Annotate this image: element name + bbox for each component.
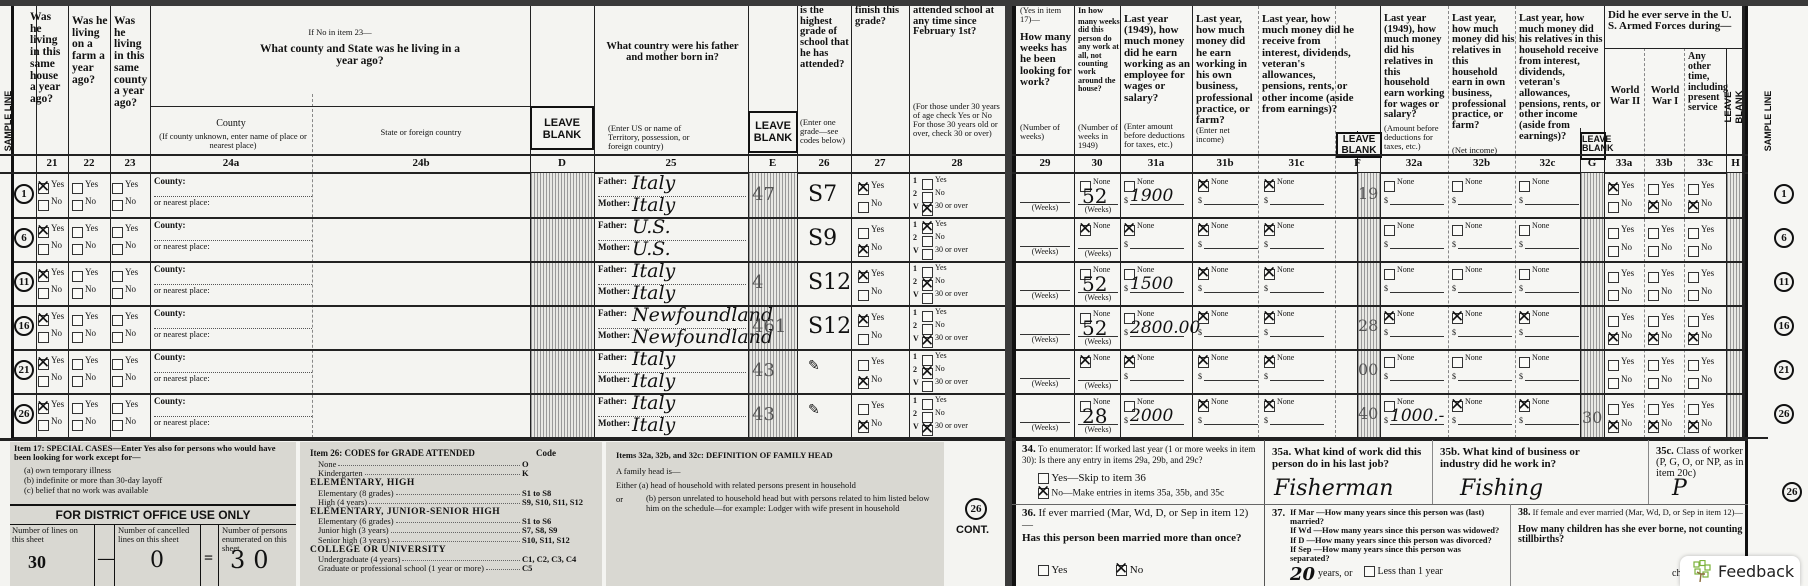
c32a-none-checkbox[interactable] (1384, 225, 1395, 236)
c33c-no-label: No (1701, 242, 1712, 252)
c32b-none-option[interactable]: None (1452, 221, 1482, 239)
c33a-no-option[interactable]: No (1608, 330, 1632, 348)
c21-yes-label: Yes (51, 223, 64, 233)
c30-none-checkbox[interactable] (1080, 225, 1091, 236)
c31b-none-option[interactable]: None (1198, 309, 1228, 327)
c22-no-option[interactable]: No (72, 372, 96, 390)
c23-yes-option[interactable]: Yes (112, 267, 138, 285)
c23-no-option[interactable]: No (112, 372, 136, 390)
c21-no-option[interactable]: No (38, 284, 62, 302)
c31a-none-checkbox[interactable] (1124, 357, 1135, 368)
c21-yes-checkbox[interactable] (38, 359, 49, 370)
c32b-none-option[interactable]: None (1452, 309, 1482, 327)
state-or-country-field[interactable] (314, 396, 528, 436)
c33a-yes-checkbox[interactable] (1608, 184, 1619, 195)
c22-no-checkbox[interactable] (72, 288, 83, 299)
c31c-none-option[interactable]: None (1264, 353, 1294, 371)
c33c-yes-checkbox[interactable] (1688, 184, 1699, 195)
family-head-b: (b) person unrelated to household head b… (646, 494, 938, 514)
c28-yes-label: Yes (935, 175, 947, 184)
c23-yes-checkbox[interactable] (112, 227, 123, 238)
c32a-none-option[interactable]: None (1384, 265, 1414, 283)
q34-yes-option[interactable]: Yes—Skip to item 36 (1038, 472, 1146, 484)
c33c-yes-option[interactable]: Yes (1688, 224, 1714, 242)
c33c-no-checkbox[interactable] (1688, 378, 1699, 389)
grade-code-entry: KindergartenK (310, 469, 600, 478)
leader-dots (402, 555, 520, 561)
c31b-none-checkbox[interactable] (1198, 401, 1209, 412)
c21-no-checkbox[interactable] (38, 332, 49, 343)
c32c-none-option[interactable]: None (1519, 265, 1549, 283)
c21-no-checkbox[interactable] (38, 200, 49, 211)
c23-no-option[interactable]: No (112, 284, 136, 302)
c27-yes-option[interactable]: Yes (858, 312, 884, 330)
c21-no-option[interactable]: No (38, 416, 62, 434)
c33c-yes-checkbox[interactable] (1688, 360, 1699, 371)
c32c-none-checkbox[interactable] (1519, 269, 1530, 280)
c27-no-option[interactable]: No (858, 330, 882, 348)
state-or-country-field[interactable] (314, 308, 528, 348)
c27-no-checkbox[interactable] (858, 246, 869, 257)
special-case-item: (c) belief that no work was available (24, 486, 162, 496)
c22-yes-checkbox[interactable] (72, 359, 83, 370)
c31b-none-option[interactable]: None (1198, 353, 1228, 371)
c32b-none-checkbox[interactable] (1452, 269, 1463, 280)
c33c-no-option[interactable]: No (1688, 330, 1712, 348)
c32b-none-option[interactable]: None (1452, 353, 1482, 371)
c33b-no-option[interactable]: No (1648, 242, 1672, 260)
c33a-yes-checkbox[interactable] (1608, 316, 1619, 327)
c32b-none-option[interactable]: None (1452, 265, 1482, 283)
c31b-none-checkbox[interactable] (1198, 181, 1209, 192)
c23-yes-checkbox[interactable] (112, 271, 123, 282)
c21-no-option[interactable]: No (38, 196, 62, 214)
c21-yes-checkbox[interactable] (38, 403, 49, 414)
c27-no-option[interactable]: No (858, 418, 882, 436)
c33a-no-checkbox[interactable] (1608, 334, 1619, 345)
c22-no-checkbox[interactable] (72, 200, 83, 211)
c32a-none-checkbox[interactable] (1384, 181, 1395, 192)
c23-no-checkbox[interactable] (112, 200, 123, 211)
q34-no-option[interactable]: No—Make entries in items 35a, 35b, and 3… (1038, 488, 1224, 499)
c21-yes-label: Yes (51, 355, 64, 365)
c23-no-option[interactable]: No (112, 328, 136, 346)
c31c-none-checkbox[interactable] (1264, 181, 1275, 192)
c33b-yes-checkbox[interactable] (1648, 404, 1659, 415)
c31c-none-option[interactable]: None (1264, 397, 1294, 415)
state-or-country-field[interactable] (314, 264, 528, 304)
c31a-none-option[interactable]: None (1124, 353, 1154, 371)
c22-no-option[interactable]: No (72, 196, 96, 214)
c33a-no-checkbox[interactable] (1608, 246, 1619, 257)
c31a-none-checkbox[interactable] (1124, 225, 1135, 236)
c31b-none-checkbox[interactable] (1198, 313, 1209, 324)
c22-yes-checkbox[interactable] (72, 315, 83, 326)
c33c-no-option[interactable]: No (1688, 242, 1712, 260)
c33a-yes-checkbox[interactable] (1608, 272, 1619, 283)
c21-no-option[interactable]: No (38, 372, 62, 390)
c33a-yes-option[interactable]: Yes (1608, 180, 1634, 198)
c28-option-code: V (913, 334, 919, 343)
c31c-none-checkbox[interactable] (1264, 225, 1275, 236)
c33a-no-option[interactable]: No (1608, 286, 1632, 304)
c32a-none-option[interactable]: None (1384, 221, 1414, 239)
c22-yes-checkbox[interactable] (72, 403, 83, 414)
c21-no-label: No (51, 372, 62, 382)
c22-yes-checkbox[interactable] (72, 227, 83, 238)
c22-no-checkbox[interactable] (72, 376, 83, 387)
c22-no-checkbox[interactable] (72, 332, 83, 343)
c22-no-option[interactable]: No (72, 328, 96, 346)
c23-no-checkbox[interactable] (112, 288, 123, 299)
c33b-no-option[interactable]: No (1648, 418, 1672, 436)
c22-no-option[interactable]: No (72, 240, 96, 258)
c21-yes-checkbox[interactable] (38, 227, 49, 238)
c32b-none-label: None (1465, 265, 1482, 274)
c28-30-or-over-checkbox[interactable] (922, 337, 933, 348)
c32a-amount: 1000.- (1390, 406, 1444, 426)
q35c-number: 35c. (1656, 446, 1674, 457)
c23-no-checkbox[interactable] (112, 332, 123, 343)
c23-yes-checkbox[interactable] (112, 315, 123, 326)
c33b-no-option[interactable]: No (1648, 330, 1672, 348)
c32b-none-option[interactable]: None (1452, 397, 1482, 415)
c33a-yes-checkbox[interactable] (1608, 404, 1619, 415)
c33b-yes-checkbox[interactable] (1648, 184, 1659, 195)
q37-years-suffix: years, or (1318, 568, 1352, 579)
c23-yes-option[interactable]: Yes (112, 223, 138, 241)
c22-yes-checkbox[interactable] (72, 183, 83, 194)
c29-weeks-label: (Weeks) (1020, 202, 1070, 212)
c33b-yes-option[interactable]: Yes (1648, 356, 1674, 374)
c33c-no-option[interactable]: No (1688, 286, 1712, 304)
c33a-no-checkbox[interactable] (1608, 378, 1619, 389)
c32a-none-option[interactable]: None (1384, 177, 1414, 195)
c27-yes-checkbox[interactable] (858, 404, 869, 415)
mother-label: Mother: (598, 330, 630, 340)
c28-option-code: 1 (913, 352, 917, 361)
c33b-no-option[interactable]: No (1648, 374, 1672, 392)
c31b-none-option[interactable]: None (1198, 265, 1228, 283)
c31a-none-option[interactable]: None (1124, 221, 1154, 239)
c32c-none-option[interactable]: None (1519, 309, 1549, 327)
nearest-place-label: or nearest place: (154, 242, 214, 251)
c22-yes-option[interactable]: Yes (72, 223, 98, 241)
c31c-none-option[interactable]: None (1264, 177, 1294, 195)
q36-no-checkbox[interactable] (1116, 565, 1127, 576)
c21-no-option[interactable]: No (38, 240, 62, 258)
q36-no-option[interactable]: No (1116, 564, 1143, 576)
c31c-none-option[interactable]: None (1264, 309, 1294, 327)
c33a-no-checkbox[interactable] (1608, 202, 1619, 213)
state-or-country-field[interactable] (314, 176, 528, 216)
c31b-none-label: None (1211, 177, 1228, 186)
c33c-no-checkbox[interactable] (1688, 334, 1699, 345)
c33a-no-option[interactable]: No (1608, 242, 1632, 260)
c32c-none-checkbox[interactable] (1519, 357, 1530, 368)
c21-no-checkbox[interactable] (38, 288, 49, 299)
c31b-none-option[interactable]: None (1198, 221, 1228, 239)
c33c-yes-checkbox[interactable] (1688, 404, 1699, 415)
c33b-yes-option[interactable]: Yes (1648, 224, 1674, 242)
c33a-no-label: No (1621, 418, 1632, 428)
c33b-no-checkbox[interactable] (1648, 378, 1659, 389)
c33c-no-checkbox[interactable] (1688, 422, 1699, 433)
c33b-no-checkbox[interactable] (1648, 246, 1659, 257)
c33c-no-checkbox[interactable] (1688, 246, 1699, 257)
c28-30-or-over-checkbox[interactable] (922, 205, 933, 216)
c27-no-checkbox[interactable] (858, 422, 869, 433)
c23-yes-checkbox[interactable] (112, 183, 123, 194)
c33a-yes-checkbox[interactable] (1608, 360, 1619, 371)
c27-yes-label: Yes (871, 224, 884, 234)
header-c27: finish this grade? (855, 6, 905, 27)
c22-yes-option[interactable]: Yes (72, 399, 98, 417)
c21-no-checkbox[interactable] (38, 420, 49, 431)
c23-yes-option[interactable]: Yes (112, 179, 138, 197)
q35b-number: 35b. (1440, 446, 1460, 458)
c33c-no-option[interactable]: No (1688, 418, 1712, 436)
c27-no-option[interactable]: No (858, 198, 882, 216)
c33c-no-option[interactable]: No (1688, 374, 1712, 392)
c21-yes-option[interactable]: Yes (38, 355, 64, 373)
c32a-none-option[interactable]: None (1384, 353, 1414, 371)
c32b-none-checkbox[interactable] (1452, 313, 1463, 324)
c32a-none-option[interactable]: None (1384, 309, 1414, 327)
c33c-no-checkbox[interactable] (1688, 290, 1699, 301)
c32c-none-checkbox[interactable] (1519, 225, 1530, 236)
c32a-none-checkbox[interactable] (1384, 357, 1395, 368)
c32c-none-option[interactable]: None (1519, 397, 1549, 415)
c27-yes-checkbox[interactable] (858, 360, 869, 371)
c27-yes-checkbox[interactable] (858, 272, 869, 283)
c27-yes-option[interactable]: Yes (858, 180, 884, 198)
family-head-title: Items 32a, 32b, and 32c: DEFINITION OF F… (616, 450, 833, 460)
c31c-dollar-sign: $ (1264, 328, 1268, 337)
c28-30-or-over-checkbox[interactable] (922, 381, 933, 392)
c28-30-or-over-checkbox[interactable] (922, 293, 933, 304)
c33b-no-checkbox[interactable] (1648, 290, 1659, 301)
c33c-yes-checkbox[interactable] (1688, 272, 1699, 283)
leader-dots (396, 489, 520, 495)
c27-no-checkbox[interactable] (858, 378, 869, 389)
c31c-amount-line (1270, 204, 1324, 205)
c31c-none-option[interactable]: None (1264, 265, 1294, 283)
c33b-no-checkbox[interactable] (1648, 334, 1659, 345)
c33b-no-option[interactable]: No (1648, 286, 1672, 304)
c33c-yes-option[interactable]: Yes (1688, 268, 1714, 286)
c33c-yes-option[interactable]: Yes (1688, 356, 1714, 374)
c21-no-option[interactable]: No (38, 328, 62, 346)
line-number: 21 (14, 360, 34, 380)
q37-less-checkbox[interactable] (1364, 566, 1375, 577)
feedback-button[interactable]: Feedback (1680, 556, 1800, 586)
county-label: County: (154, 308, 186, 318)
c23-no-checkbox[interactable] (112, 420, 123, 431)
c33a-no-option[interactable]: No (1608, 374, 1632, 392)
c21-yes-checkbox[interactable] (38, 183, 49, 194)
c33c-no-option[interactable]: No (1688, 198, 1712, 216)
c33a-yes-option[interactable]: Yes (1608, 224, 1634, 242)
q36-yes-option[interactable]: Yes (1038, 564, 1067, 576)
c21-no-checkbox[interactable] (38, 376, 49, 387)
c31c-none-checkbox[interactable] (1264, 401, 1275, 412)
c27-yes-checkbox[interactable] (858, 228, 869, 239)
c21-yes-checkbox[interactable] (38, 315, 49, 326)
c33b-no-checkbox[interactable] (1648, 422, 1659, 433)
c21-yes-option[interactable]: Yes (38, 311, 64, 329)
c33b-yes-checkbox[interactable] (1648, 316, 1659, 327)
c22-no-checkbox[interactable] (72, 244, 83, 255)
c32b-none-option[interactable]: None (1452, 177, 1482, 195)
table-row: (Weeks)None52(Weeks)None$1900None$None$N… (1012, 174, 1808, 218)
c30-none-option[interactable]: None (1080, 353, 1110, 371)
q34-yes-label: Yes—Skip to item 36 (1051, 472, 1146, 484)
c33a-no-option[interactable]: No (1608, 418, 1632, 436)
q34-no-checkbox[interactable] (1038, 488, 1049, 499)
column-number-33c: 33c (1684, 157, 1726, 169)
c32a-dollar-sign: $ (1384, 328, 1388, 337)
c33b-yes-checkbox[interactable] (1648, 360, 1659, 371)
c21-yes-option[interactable]: Yes (38, 267, 64, 285)
census-page-right: (Yes in item 17)— How many weeks has he … (1012, 6, 1808, 586)
c23-no-option[interactable]: No (112, 416, 136, 434)
q37-less-option[interactable]: Less than 1 year (1364, 566, 1443, 577)
c33a-yes-option[interactable]: Yes (1608, 268, 1634, 286)
c22-no-checkbox[interactable] (72, 420, 83, 431)
c27-no-checkbox[interactable] (858, 334, 869, 345)
c33b-yes-checkbox[interactable] (1648, 272, 1659, 283)
c27-no-option[interactable]: No (858, 374, 882, 392)
c21-no-checkbox[interactable] (38, 244, 49, 255)
c28-30-or-over-checkbox[interactable] (922, 249, 933, 260)
c22-no-option[interactable]: No (72, 416, 96, 434)
c22-yes-label: Yes (85, 355, 98, 365)
c23-yes-option[interactable]: Yes (112, 399, 138, 417)
mother-birthplace: U.S. (632, 238, 671, 260)
c31b-none-option[interactable]: None (1198, 397, 1228, 415)
c21-yes-option[interactable]: Yes (38, 223, 64, 241)
c32a-none-checkbox[interactable] (1384, 269, 1395, 280)
c33a-no-checkbox[interactable] (1608, 422, 1619, 433)
c31c-none-option[interactable]: None (1264, 221, 1294, 239)
c33a-no-checkbox[interactable] (1608, 290, 1619, 301)
state-or-country-field[interactable] (314, 352, 528, 392)
c27-yes-option[interactable]: Yes (858, 268, 884, 286)
c21-yes-option[interactable]: Yes (38, 399, 64, 417)
c32c-none-checkbox[interactable] (1519, 181, 1530, 192)
c21-no-label: No (51, 328, 62, 338)
c33b-yes-label: Yes (1661, 268, 1674, 278)
line-number: 16 (14, 316, 34, 336)
c31c-none-checkbox[interactable] (1264, 313, 1275, 324)
c27-no-option[interactable]: No (858, 242, 882, 260)
c22-yes-checkbox[interactable] (72, 271, 83, 282)
c30-none-checkbox[interactable] (1080, 357, 1091, 368)
q35c-answer: P (1672, 476, 1687, 501)
c31c-amount-line (1270, 380, 1324, 381)
c23-no-option[interactable]: No (112, 240, 136, 258)
c23-no-checkbox[interactable] (112, 376, 123, 387)
c22-yes-option[interactable]: Yes (72, 355, 98, 373)
c31b-none-checkbox[interactable] (1198, 269, 1209, 280)
c32b-none-checkbox[interactable] (1452, 401, 1463, 412)
c22-yes-option[interactable]: Yes (72, 311, 98, 329)
c27-no-checkbox[interactable] (858, 290, 869, 301)
county-label: County: (154, 176, 186, 186)
c23-no-label: No (125, 372, 136, 382)
c23-yes-checkbox[interactable] (112, 359, 123, 370)
c32b-none-checkbox[interactable] (1452, 225, 1463, 236)
c32a-none-label: None (1397, 265, 1414, 274)
c32c-none-option[interactable]: None (1519, 353, 1549, 371)
c27-no-checkbox[interactable] (858, 202, 869, 213)
c27-yes-checkbox[interactable] (858, 316, 869, 327)
c32b-none-checkbox[interactable] (1452, 357, 1463, 368)
c33a-no-option[interactable]: No (1608, 198, 1632, 216)
c31c-none-checkbox[interactable] (1264, 357, 1275, 368)
c22-no-option[interactable]: No (72, 284, 96, 302)
c33b-no-option[interactable]: No (1648, 198, 1672, 216)
c28-option-code: 1 (913, 176, 917, 185)
header-c24a: County (150, 118, 312, 129)
c23-no-checkbox[interactable] (112, 244, 123, 255)
c33b-no-checkbox[interactable] (1648, 202, 1659, 213)
c33b-yes-option[interactable]: Yes (1648, 268, 1674, 286)
c23-no-option[interactable]: No (112, 196, 136, 214)
c32b-none-checkbox[interactable] (1452, 181, 1463, 192)
header-c28: attended school at any time since Februa… (913, 6, 1005, 38)
c28-30-or-over-checkbox[interactable] (922, 425, 933, 436)
c32c-none-checkbox[interactable] (1519, 401, 1530, 412)
c23-yes-checkbox[interactable] (112, 403, 123, 414)
c32c-none-checkbox[interactable] (1519, 313, 1530, 324)
c23-yes-label: Yes (125, 223, 138, 233)
c32c-none-option[interactable]: None (1519, 177, 1549, 195)
c28-no-label: No (935, 364, 945, 373)
c33a-yes-checkbox[interactable] (1608, 228, 1619, 239)
c30-none-option[interactable]: None (1080, 221, 1110, 239)
c21-yes-option[interactable]: Yes (38, 179, 64, 197)
grade-code-value: S10, S11, S12 (522, 536, 600, 545)
c31b-none-option[interactable]: None (1198, 177, 1228, 195)
leader-dots (365, 469, 520, 475)
c21-yes-checkbox[interactable] (38, 271, 49, 282)
c27-no-option[interactable]: No (858, 286, 882, 304)
state-or-country-field[interactable] (314, 220, 528, 260)
c33c-yes-checkbox[interactable] (1688, 316, 1699, 327)
c33c-yes-checkbox[interactable] (1688, 228, 1699, 239)
c27-yes-checkbox[interactable] (858, 184, 869, 195)
c31c-none-label: None (1277, 265, 1294, 274)
c22-yes-option[interactable]: Yes (72, 267, 98, 285)
c32a-none-checkbox[interactable] (1384, 313, 1395, 324)
c33b-yes-checkbox[interactable] (1648, 228, 1659, 239)
q36-yes-checkbox[interactable] (1038, 565, 1049, 576)
c31c-none-checkbox[interactable] (1264, 269, 1275, 280)
c31b-amount-line (1204, 248, 1258, 249)
c23-yes-option[interactable]: Yes (112, 355, 138, 373)
c33c-no-checkbox[interactable] (1688, 202, 1699, 213)
header-c30-note: (Number of weeks in 1949) (1078, 123, 1120, 150)
c23-yes-option[interactable]: Yes (112, 311, 138, 329)
c32c-none-option[interactable]: None (1519, 221, 1549, 239)
c31b-none-checkbox[interactable] (1198, 357, 1209, 368)
c33a-yes-option[interactable]: Yes (1608, 356, 1634, 374)
c22-yes-option[interactable]: Yes (72, 179, 98, 197)
c31b-none-checkbox[interactable] (1198, 225, 1209, 236)
equals-sign: = (204, 550, 213, 568)
